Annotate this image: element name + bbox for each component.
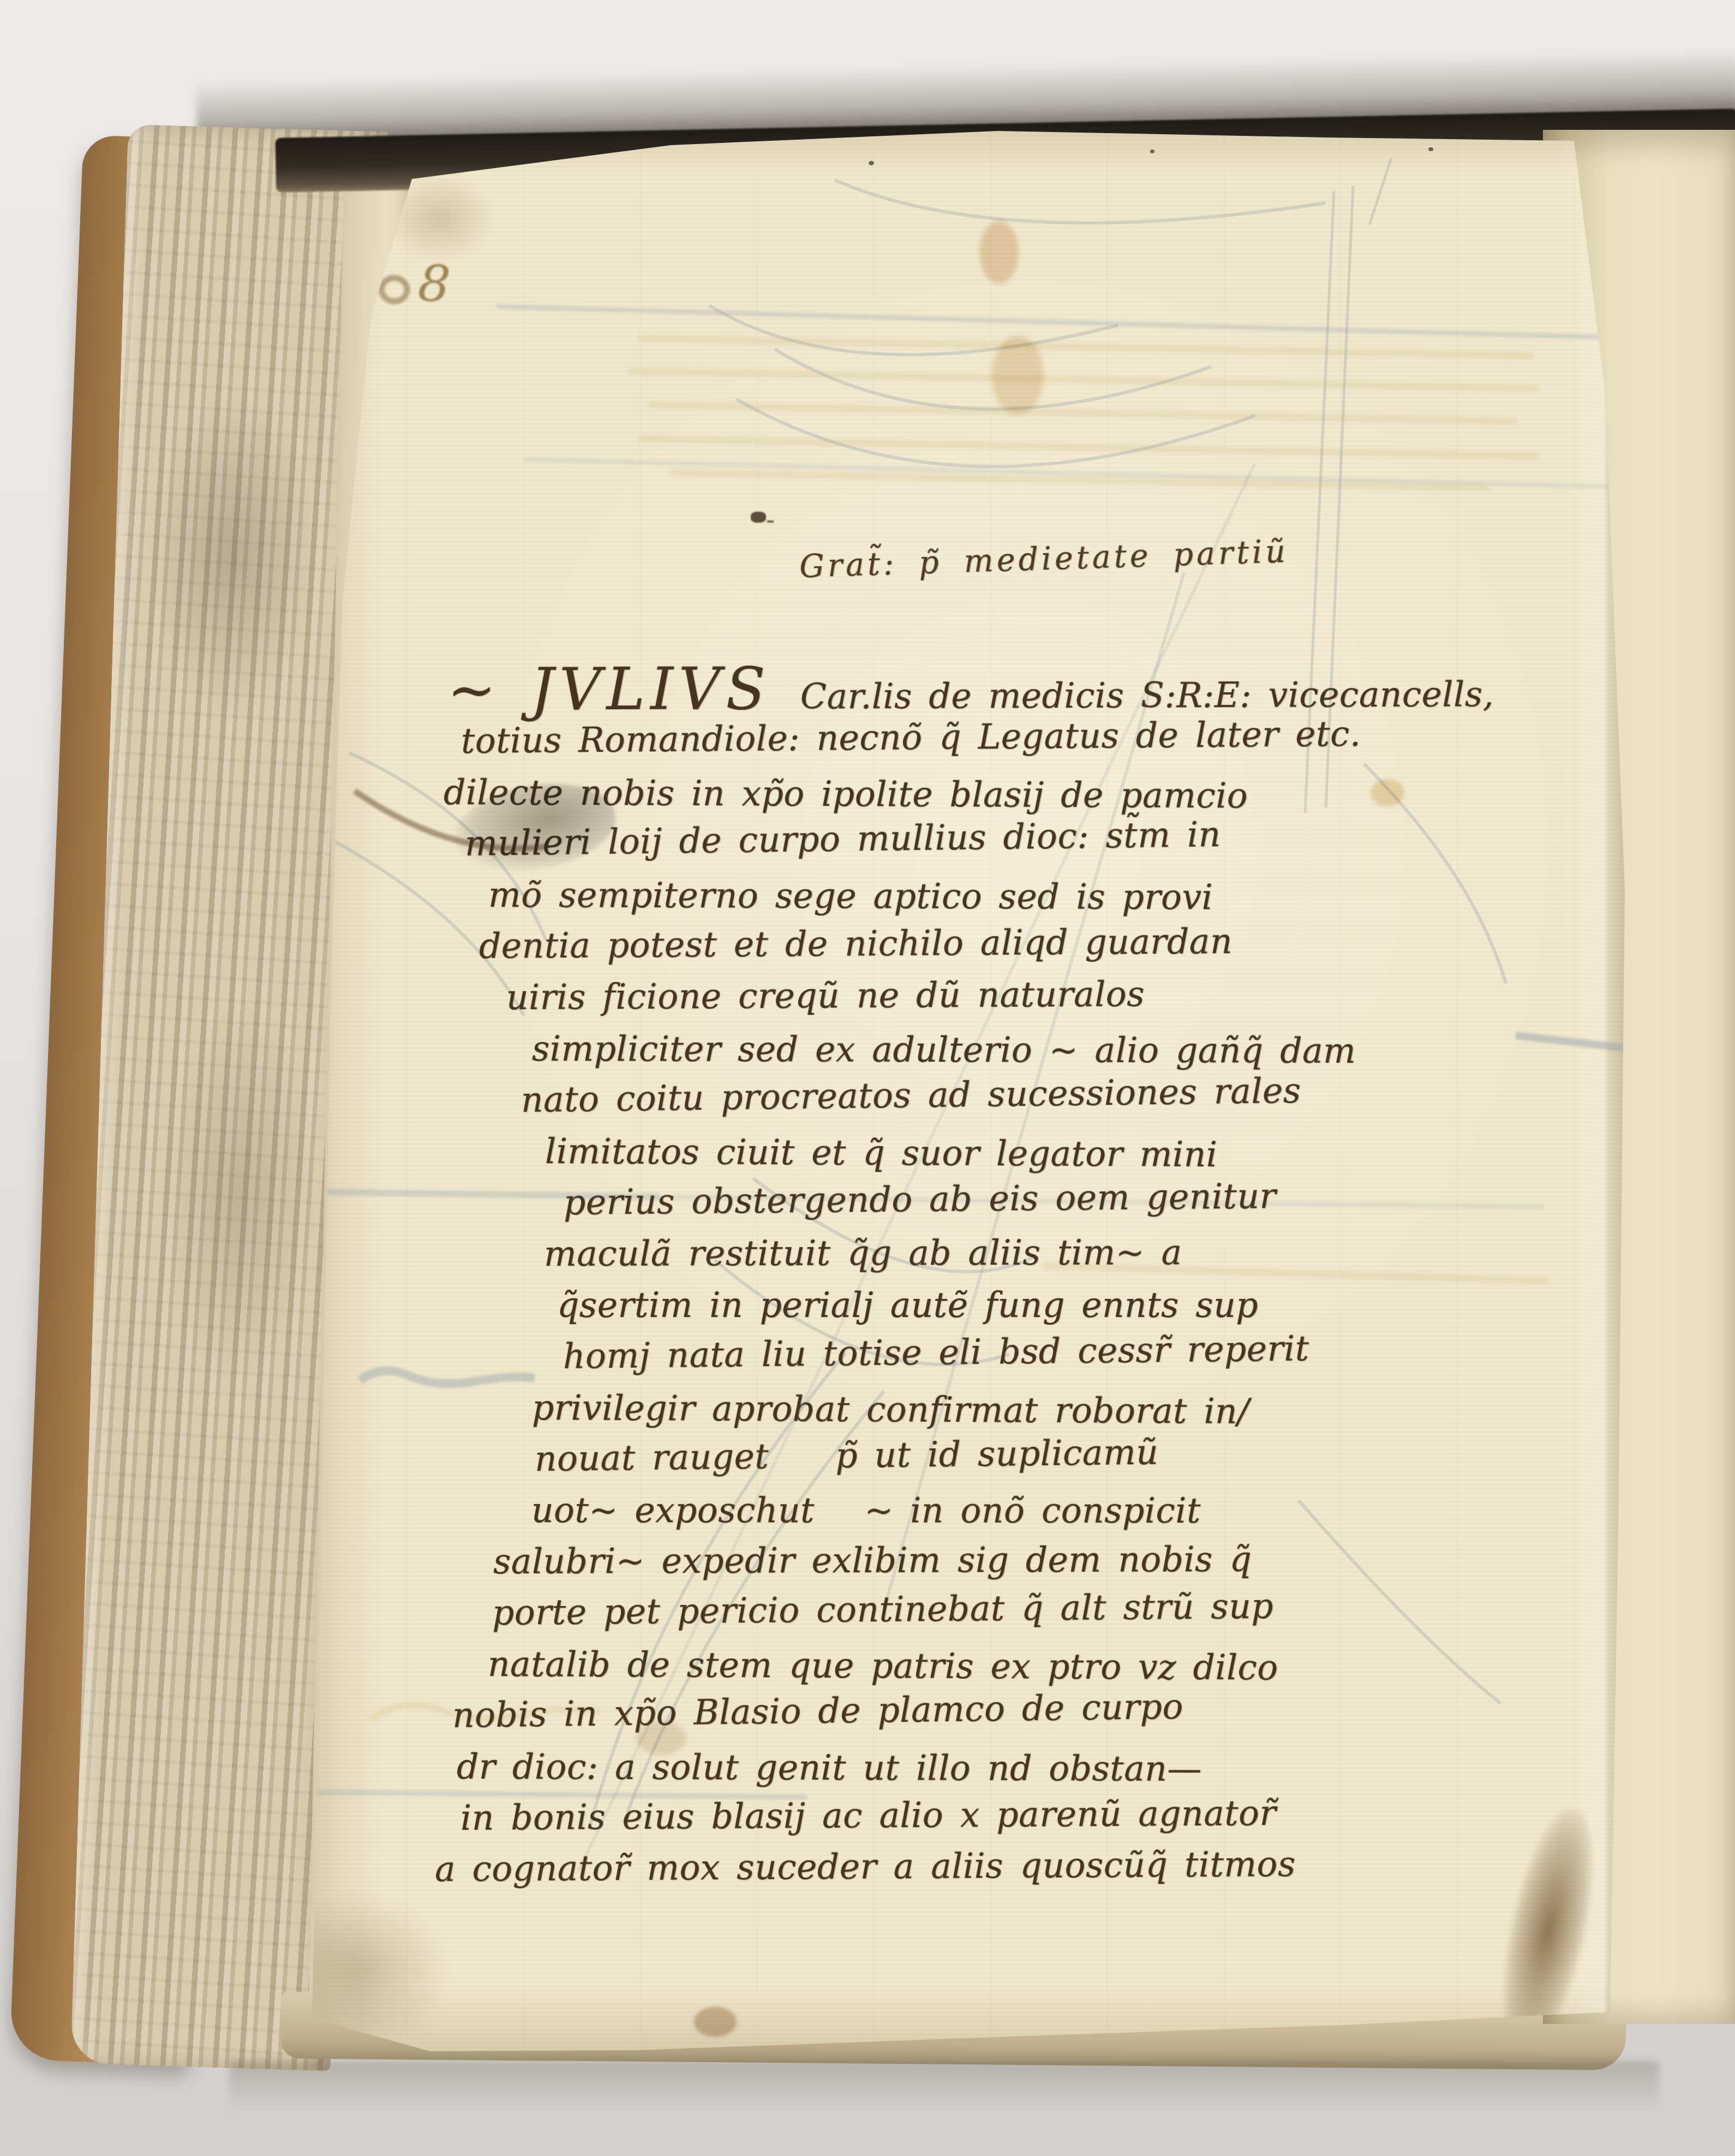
manuscript-line: perius obstergendo ab eis oem genitur [564,1168,1601,1229]
book-drop-shadow [229,2061,1659,2111]
ink-speck [1150,149,1154,153]
manuscript-line: uot~ exposchut ~ in onõ conspicit [531,1485,1568,1537]
manuscript-line: dentia potest et de nichilo aliqd guarda… [479,914,1516,972]
manuscript-line: maculã restituit q̃g ab aliis tim~ a [544,1226,1581,1280]
ink-speck [1428,147,1433,151]
manuscript-line: porte pet pericio continebat q̃ alt strũ… [492,1579,1529,1639]
manuscript-line: a cognator̃ mox suceder a aliis quoscũq̃… [435,1838,1472,1895]
foxing-spot [694,2007,737,2037]
page-number-digit: 8 [416,258,452,310]
manuscript-line: ~ JVLIVS Car.lis de medicis S:R:E: vicec… [447,661,1484,716]
manuscript-line: salubri~ expedir exlibim sig dem nobis q… [493,1533,1530,1588]
manuscript-line: homj nata liu totise eli bsd cessr̃ repe… [563,1320,1600,1382]
ink-speck [869,161,874,165]
ink-speck [751,512,766,523]
manuscript-line: totius Romandiole: necnõ q̃ Legatus de l… [461,708,1498,767]
foxing-spot [1371,779,1404,806]
manuscript-line: nouat rauget p̃ ut id suplicamũ [534,1422,1571,1485]
foxing-spot [992,336,1044,415]
manuscript-scan: 8 Grat̃: p̃ medietate partiũ ~ JVLIVS Ca… [0,0,1735,2156]
manuscript-line: in bonis eius blasij ac alio x parenũ ag… [460,1787,1498,1844]
foxing-spot [979,221,1019,284]
manuscript-page: 8 Grat̃: p̃ medietate partiũ ~ JVLIVS Ca… [289,109,1631,2057]
foxing-spot [636,1721,686,1755]
manuscript-line: uiris ficione creqũ ne dũ naturalos [506,967,1543,1023]
